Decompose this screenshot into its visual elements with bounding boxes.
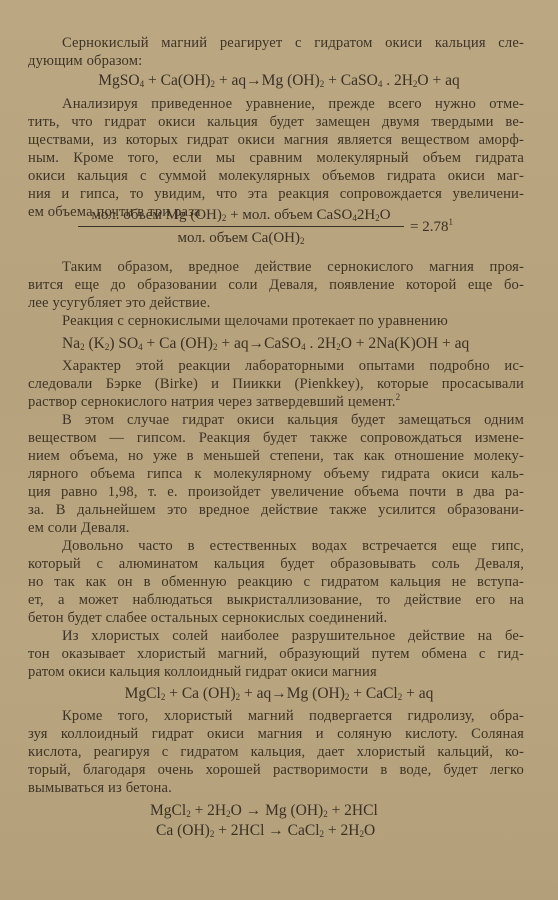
equation-mgso4-reaction: MgSO4 + Ca(OH)2 + aq→Mg (OH)2 + CaSO4 . … [0, 72, 558, 90]
paragraph-line: но так как он в обменную реакцию с гидра… [28, 573, 524, 591]
paragraph-line: зуя коллоидный гидрат окиси магния и сол… [28, 725, 524, 743]
paragraph-line: Анализируя приведенное уравнение, прежде… [62, 95, 524, 113]
equation-hydrolysis: MgCl2 + 2H2O → Mg (OH)2 + 2HCl [150, 802, 378, 820]
paragraph-line: тить, что гидрат окиси кальция будет зам… [28, 113, 524, 131]
footnote-ref: 2 [396, 392, 401, 402]
paragraph-line: следовали Бэрке (Birke) и Пиикки (Pienkk… [28, 375, 524, 393]
paragraph-line: раствор сернокислого натрия через затвер… [28, 393, 524, 411]
paragraph-line: окиси кальция с суммой молекулярных объе… [28, 167, 524, 185]
equation-alkali-sulfate-reaction: Na2 (K2) SO4 + Ca (OH)2 + aq→CaSO4 . 2H2… [62, 335, 469, 353]
paragraph-line: Из хлористых солей наиболее разрушительн… [62, 627, 524, 645]
paragraph-line: торый, благодаря очень хорошей растворим… [28, 761, 524, 779]
paragraph-line: ратом окиси кальция коллоидный гидрат ок… [28, 663, 524, 681]
paragraph-line: вится еще до образовании соли Деваля, по… [28, 276, 524, 294]
fraction-numerator: мол. объем Mg (OH)2 + мол. объем CaSO42H… [78, 206, 404, 227]
paragraph-line: лее усугубляет это действие. [28, 294, 524, 312]
paragraph-line: бетон будет слабее остальных сернокислых… [28, 609, 524, 627]
paragraph-line: ния и гипса, то увидим, что эта реакция … [28, 185, 524, 203]
paragraph-line: ция равно 1,98, т. е. произойдет увеличе… [28, 483, 524, 501]
paragraph-line: ществами, из которых гидрат окиси магния… [28, 131, 524, 149]
book-page: Сернокислый магний реагирует с гидратом … [0, 0, 558, 900]
paragraph-line: веществом — гипсом. Реакция будет также … [28, 429, 524, 447]
paragraph-line: Сернокислый магний реагирует с гидратом … [62, 34, 524, 52]
equation-hcl-neutralization: Ca (OH)2 + 2HCl → CaCl2 + 2H2O [156, 822, 375, 840]
paragraph-line: кислота, реагируя с гидратом кальция, да… [28, 743, 524, 761]
paragraph-line: который с алюминатом кальция будет образ… [28, 555, 524, 573]
paragraph-line: нием объема, но уже в меньшей степени, т… [28, 447, 524, 465]
paragraph-line: В этом случае гидрат окиси кальция будет… [62, 411, 524, 429]
paragraph-line: вымываться из бетона. [28, 779, 524, 797]
paragraph-line: тон оказывает хлористый магний, образующ… [28, 645, 524, 663]
footnote-ref: 1 [448, 217, 453, 227]
equation-mgcl2-reaction: MgCl2 + Ca (OH)2 + aq→Mg (OH)2 + CaCl2 +… [0, 685, 558, 703]
fraction-result: = 2.781 [410, 219, 453, 236]
paragraph-line: за. В дальнейшем это вредное действие та… [28, 501, 524, 519]
paragraph-line: дующим образом: [28, 52, 524, 70]
fraction-denominator: мол. объем Ca(OH)2 [78, 229, 404, 247]
paragraph-line: Характер этой реакции лабораторными опыт… [62, 357, 524, 375]
paragraph-line: ем соли Деваля. [28, 519, 524, 537]
paragraph-line: Таким образом, вредное действие сернокис… [62, 258, 524, 276]
paragraph-line: Довольно часто в естественных водах встр… [62, 537, 524, 555]
paragraph-line: ет, а может наблюдаться выкристаллизован… [28, 591, 524, 609]
paragraph-line: Реакция с сернокислыми щелочами протекае… [62, 312, 524, 330]
paragraph-line: ным. Кроме того, если мы сравним молекул… [28, 149, 524, 167]
paragraph-line: Кроме того, хлористый магний подвергаетс… [62, 707, 524, 725]
paragraph-line: лярного объема гипса к молекулярному объ… [28, 465, 524, 483]
